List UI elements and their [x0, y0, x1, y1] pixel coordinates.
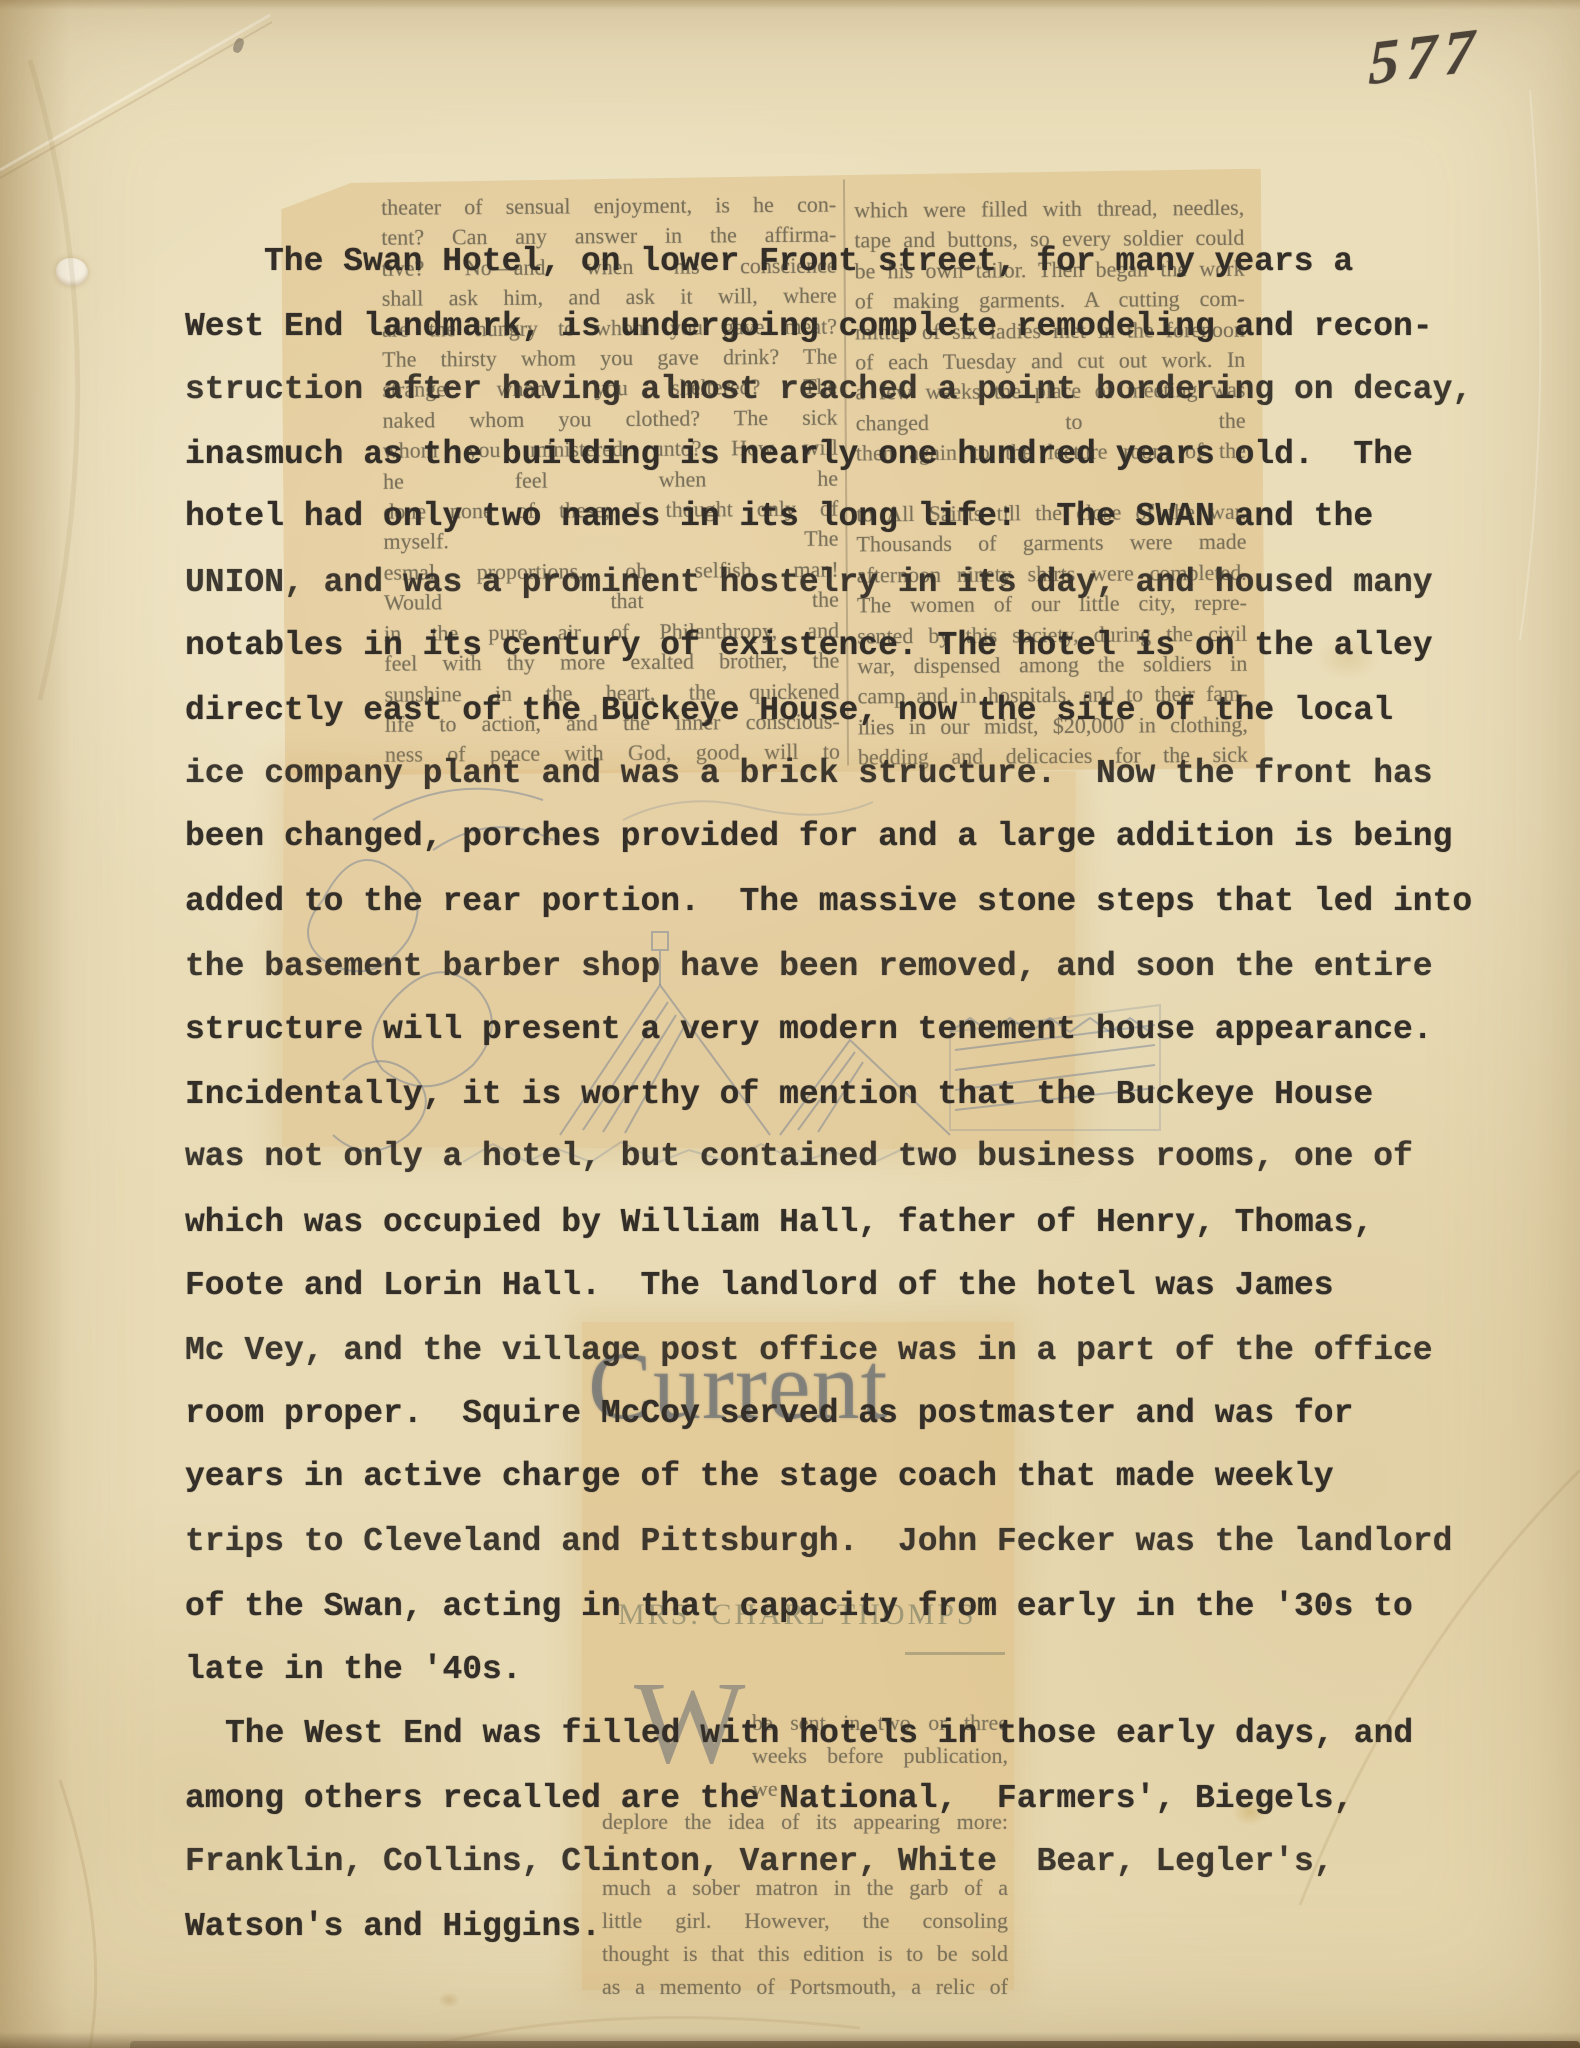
typed-line: hotel had only two names in its long lif… — [185, 485, 1472, 549]
paper-stain — [438, 1992, 460, 2008]
newsprint-line: as a memento of Portsmouth, a relic of — [602, 1970, 1008, 2003]
typed-line: Incidentally, it is worthy of mention th… — [185, 1063, 1472, 1127]
typed-line: inasmuch as the building is nearly one h… — [185, 423, 1472, 487]
typed-line: Mc Vey, and the village post office was … — [185, 1319, 1472, 1383]
typed-line: The West End was filled with hotels in t… — [185, 1702, 1472, 1766]
scanned-page: theater of sensual enjoyment, is he con-… — [0, 0, 1580, 2048]
typed-line: added to the rear portion. The massive s… — [185, 870, 1472, 934]
typed-line: notables in its century of existence. Th… — [185, 614, 1472, 678]
typed-line: the basement barber shop have been remov… — [185, 935, 1472, 999]
typed-line: of the Swan, acting in that capacity fro… — [185, 1575, 1472, 1639]
typed-line: directly east of the Buckeye House, now … — [185, 679, 1472, 743]
typed-line: ice company plant and was a brick struct… — [185, 742, 1472, 806]
page-edge-left — [0, 0, 70, 2048]
typed-line: The Swan Hotel, on lower Front street, f… — [185, 230, 1472, 294]
typed-line: struction after having almost reached a … — [185, 358, 1472, 422]
typed-line: years in active charge of the stage coac… — [185, 1445, 1472, 1509]
page-edge-bottom — [0, 2032, 1580, 2048]
typed-line: been changed, porches provided for and a… — [185, 805, 1472, 869]
page-number: 577 — [1368, 15, 1481, 100]
pencil-fleck — [232, 37, 246, 54]
typed-line: West End landmark, is undergoing complet… — [185, 295, 1472, 359]
typed-line: structure will present a very modern ten… — [185, 998, 1472, 1062]
typed-paragraph-1: The Swan Hotel, on lower Front street, f… — [185, 230, 1472, 1702]
typed-line: Foote and Lorin Hall. The landlord of th… — [185, 1254, 1472, 1318]
typed-line: among others recalled are the National, … — [185, 1767, 1472, 1831]
typed-line: room proper. Squire McCoy served as post… — [185, 1382, 1472, 1446]
typed-line: late in the '40s. — [185, 1638, 1472, 1702]
typed-line: which was occupied by William Hall, fath… — [185, 1191, 1472, 1255]
typed-line: was not only a hotel, but contained two … — [185, 1125, 1472, 1189]
typed-text: The Swan Hotel, on lower Front street, f… — [185, 230, 1472, 1958]
page-edge-top — [0, 0, 1580, 10]
newsprint-line: theater of sensual enjoyment, is he con- — [381, 190, 836, 224]
newsprint-line: which were filled with thread, needles, — [854, 193, 1244, 226]
typed-line: UNION, and was a prominent hostelry in i… — [185, 551, 1472, 615]
typed-line: Watson's and Higgins. — [185, 1895, 1472, 1959]
typed-line: trips to Cleveland and Pittsburgh. John … — [185, 1510, 1472, 1574]
typed-line: Franklin, Collins, Clinton, Varner, Whit… — [185, 1830, 1472, 1894]
typed-paragraph-2: The West End was filled with hotels in t… — [185, 1702, 1472, 1958]
